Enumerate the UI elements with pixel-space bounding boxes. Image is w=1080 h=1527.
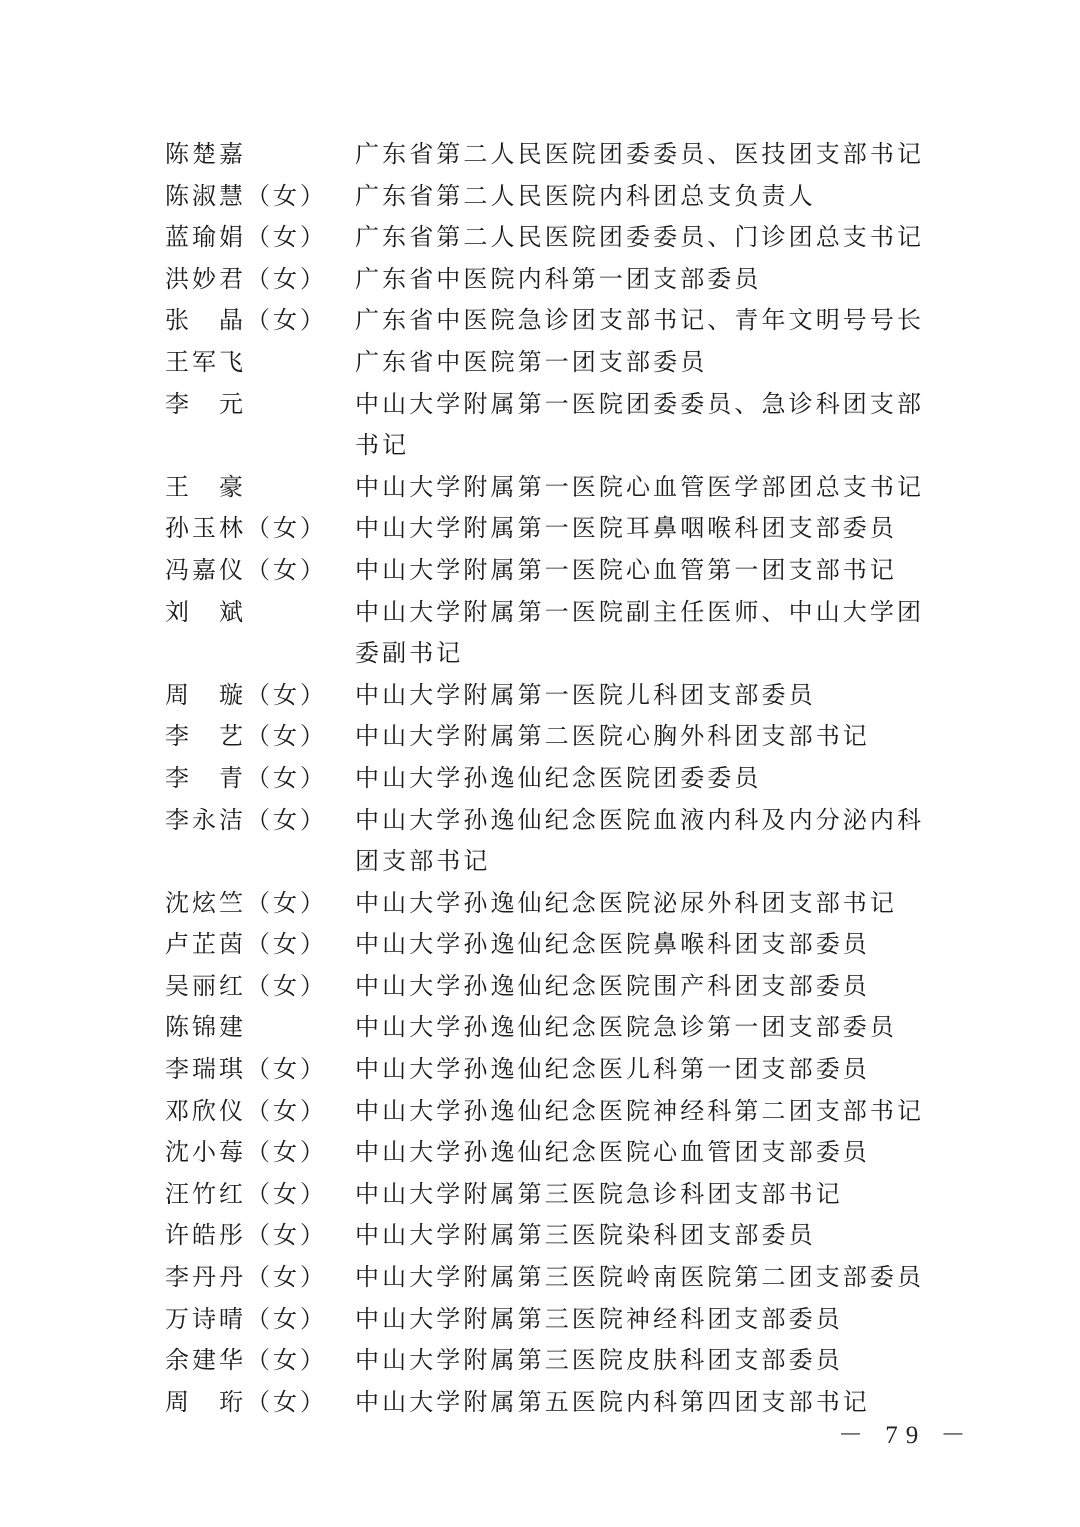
person-position: 中山大学孙逸仙纪念医院血液内科及内分泌内科团支部书记 (355, 800, 925, 883)
list-item: 孙玉林（女）中山大学附属第一医院耳鼻咽喉科团支部委员 (165, 508, 925, 550)
person-name: 刘 斌 (165, 592, 355, 634)
person-position: 中山大学附属第三医院急诊科团支部书记 (355, 1174, 925, 1216)
person-name: 许皓彤（女） (165, 1215, 355, 1257)
list-item: 李瑞琪（女）中山大学孙逸仙纪念医儿科第一团支部委员 (165, 1049, 925, 1091)
list-item: 张 晶（女）广东省中医院急诊团支部书记、青年文明号号长 (165, 300, 925, 342)
person-position: 中山大学附属第二医院心胸外科团支部书记 (355, 716, 925, 758)
person-position: 中山大学孙逸仙纪念医院神经科第二团支部书记 (355, 1091, 925, 1133)
person-position: 中山大学附属第一医院团委委员、急诊科团支部书记 (355, 384, 925, 467)
person-position: 广东省中医院内科第一团支部委员 (355, 259, 925, 301)
person-position: 中山大学孙逸仙纪念医院鼻喉科团支部委员 (355, 924, 925, 966)
person-position: 中山大学附属第一医院儿科团支部委员 (355, 675, 925, 717)
list-item: 陈淑慧（女）广东省第二人民医院内科团总支负责人 (165, 176, 925, 218)
document-page: 陈楚嘉广东省第二人民医院团委委员、医技团支部书记 陈淑慧（女）广东省第二人民医院… (0, 0, 1080, 1527)
person-name: 卢芷茵（女） (165, 924, 355, 966)
person-name: 李 艺（女） (165, 716, 355, 758)
person-position: 中山大学孙逸仙纪念医院心血管团支部委员 (355, 1132, 925, 1174)
person-name: 万诗晴（女） (165, 1299, 355, 1341)
person-name: 李永洁（女） (165, 800, 355, 842)
person-position: 中山大学附属第一医院心血管第一团支部书记 (355, 550, 925, 592)
person-name: 余建华（女） (165, 1340, 355, 1382)
list-item: 邓欣仪（女）中山大学孙逸仙纪念医院神经科第二团支部书记 (165, 1091, 925, 1133)
person-position: 中山大学孙逸仙纪念医儿科第一团支部委员 (355, 1049, 925, 1091)
person-name: 沈小莓（女） (165, 1132, 355, 1174)
person-name: 周 珩（女） (165, 1382, 355, 1424)
list-item: 王军飞广东省中医院第一团支部委员 (165, 342, 925, 384)
list-item: 李 青（女）中山大学孙逸仙纪念医院团委委员 (165, 758, 925, 800)
person-position: 中山大学附属第一医院心血管医学部团总支书记 (355, 467, 925, 509)
person-name: 陈淑慧（女） (165, 176, 355, 218)
list-item: 万诗晴（女）中山大学附属第三医院神经科团支部委员 (165, 1299, 925, 1341)
person-position: 中山大学附属第一医院副主任医师、中山大学团委副书记 (355, 592, 925, 675)
person-name: 周 璇（女） (165, 675, 355, 717)
person-position: 广东省第二人民医院团委委员、医技团支部书记 (355, 134, 925, 176)
list-item: 冯嘉仪（女）中山大学附属第一医院心血管第一团支部书记 (165, 550, 925, 592)
list-item: 周 璇（女）中山大学附属第一医院儿科团支部委员 (165, 675, 925, 717)
person-name: 王 豪 (165, 467, 355, 509)
list-item: 汪竹红（女）中山大学附属第三医院急诊科团支部书记 (165, 1174, 925, 1216)
person-name: 陈锦建 (165, 1007, 355, 1049)
list-item: 刘 斌中山大学附属第一医院副主任医师、中山大学团委副书记 (165, 592, 925, 675)
person-position: 中山大学附属第一医院耳鼻咽喉科团支部委员 (355, 508, 925, 550)
person-name: 李 元 (165, 384, 355, 426)
list-item: 周 珩（女）中山大学附属第五医院内科第四团支部书记 (165, 1382, 925, 1424)
person-position: 广东省第二人民医院内科团总支负责人 (355, 176, 925, 218)
list-item: 王 豪中山大学附属第一医院心血管医学部团总支书记 (165, 467, 925, 509)
list-item: 卢芷茵（女）中山大学孙逸仙纪念医院鼻喉科团支部委员 (165, 924, 925, 966)
person-name: 李丹丹（女） (165, 1257, 355, 1299)
person-name: 王军飞 (165, 342, 355, 384)
person-name: 李瑞琪（女） (165, 1049, 355, 1091)
person-position: 广东省中医院急诊团支部书记、青年文明号号长 (355, 300, 925, 342)
person-position: 中山大学孙逸仙纪念医院泌尿外科团支部书记 (355, 883, 925, 925)
person-name: 张 晶（女） (165, 300, 355, 342)
list-item: 沈小莓（女）中山大学孙逸仙纪念医院心血管团支部委员 (165, 1132, 925, 1174)
honoree-list: 陈楚嘉广东省第二人民医院团委委员、医技团支部书记 陈淑慧（女）广东省第二人民医院… (165, 134, 925, 1423)
person-position: 中山大学附属第三医院皮肤科团支部委员 (355, 1340, 925, 1382)
list-item: 李 艺（女）中山大学附属第二医院心胸外科团支部书记 (165, 716, 925, 758)
list-item: 沈炫竺（女）中山大学孙逸仙纪念医院泌尿外科团支部书记 (165, 883, 925, 925)
list-item: 李 元中山大学附属第一医院团委委员、急诊科团支部书记 (165, 384, 925, 467)
person-position: 中山大学孙逸仙纪念医院围产科团支部委员 (355, 966, 925, 1008)
list-item: 陈锦建中山大学孙逸仙纪念医院急诊第一团支部委员 (165, 1007, 925, 1049)
person-position: 中山大学附属第三医院神经科团支部委员 (355, 1299, 925, 1341)
list-item: 吴丽红（女）中山大学孙逸仙纪念医院围产科团支部委员 (165, 966, 925, 1008)
person-position: 中山大学附属第三医院岭南医院第二团支部委员 (355, 1257, 925, 1299)
person-name: 孙玉林（女） (165, 508, 355, 550)
list-item: 蓝瑜娟（女）广东省第二人民医院团委委员、门诊团总支书记 (165, 217, 925, 259)
person-name: 蓝瑜娟（女） (165, 217, 355, 259)
person-name: 汪竹红（女） (165, 1174, 355, 1216)
list-item: 许皓彤（女）中山大学附属第三医院染科团支部委员 (165, 1215, 925, 1257)
person-name: 邓欣仪（女） (165, 1091, 355, 1133)
list-item: 李永洁（女）中山大学孙逸仙纪念医院血液内科及内分泌内科团支部书记 (165, 800, 925, 883)
person-name: 沈炫竺（女） (165, 883, 355, 925)
person-position: 中山大学孙逸仙纪念医院团委委员 (355, 758, 925, 800)
person-name: 李 青（女） (165, 758, 355, 800)
person-name: 冯嘉仪（女） (165, 550, 355, 592)
list-item: 洪妙君（女）广东省中医院内科第一团支部委员 (165, 259, 925, 301)
person-name: 陈楚嘉 (165, 134, 355, 176)
person-position: 中山大学孙逸仙纪念医院急诊第一团支部委员 (355, 1007, 925, 1049)
person-position: 中山大学附属第三医院染科团支部委员 (355, 1215, 925, 1257)
list-item: 余建华（女）中山大学附属第三医院皮肤科团支部委员 (165, 1340, 925, 1382)
person-name: 吴丽红（女） (165, 966, 355, 1008)
list-item: 陈楚嘉广东省第二人民医院团委委员、医技团支部书记 (165, 134, 925, 176)
person-name: 洪妙君（女） (165, 259, 355, 301)
person-position: 广东省第二人民医院团委委员、门诊团总支书记 (355, 217, 925, 259)
list-item: 李丹丹（女）中山大学附属第三医院岭南医院第二团支部委员 (165, 1257, 925, 1299)
person-position: 广东省中医院第一团支部委员 (355, 342, 925, 384)
page-number: － 79 － (838, 1415, 974, 1451)
